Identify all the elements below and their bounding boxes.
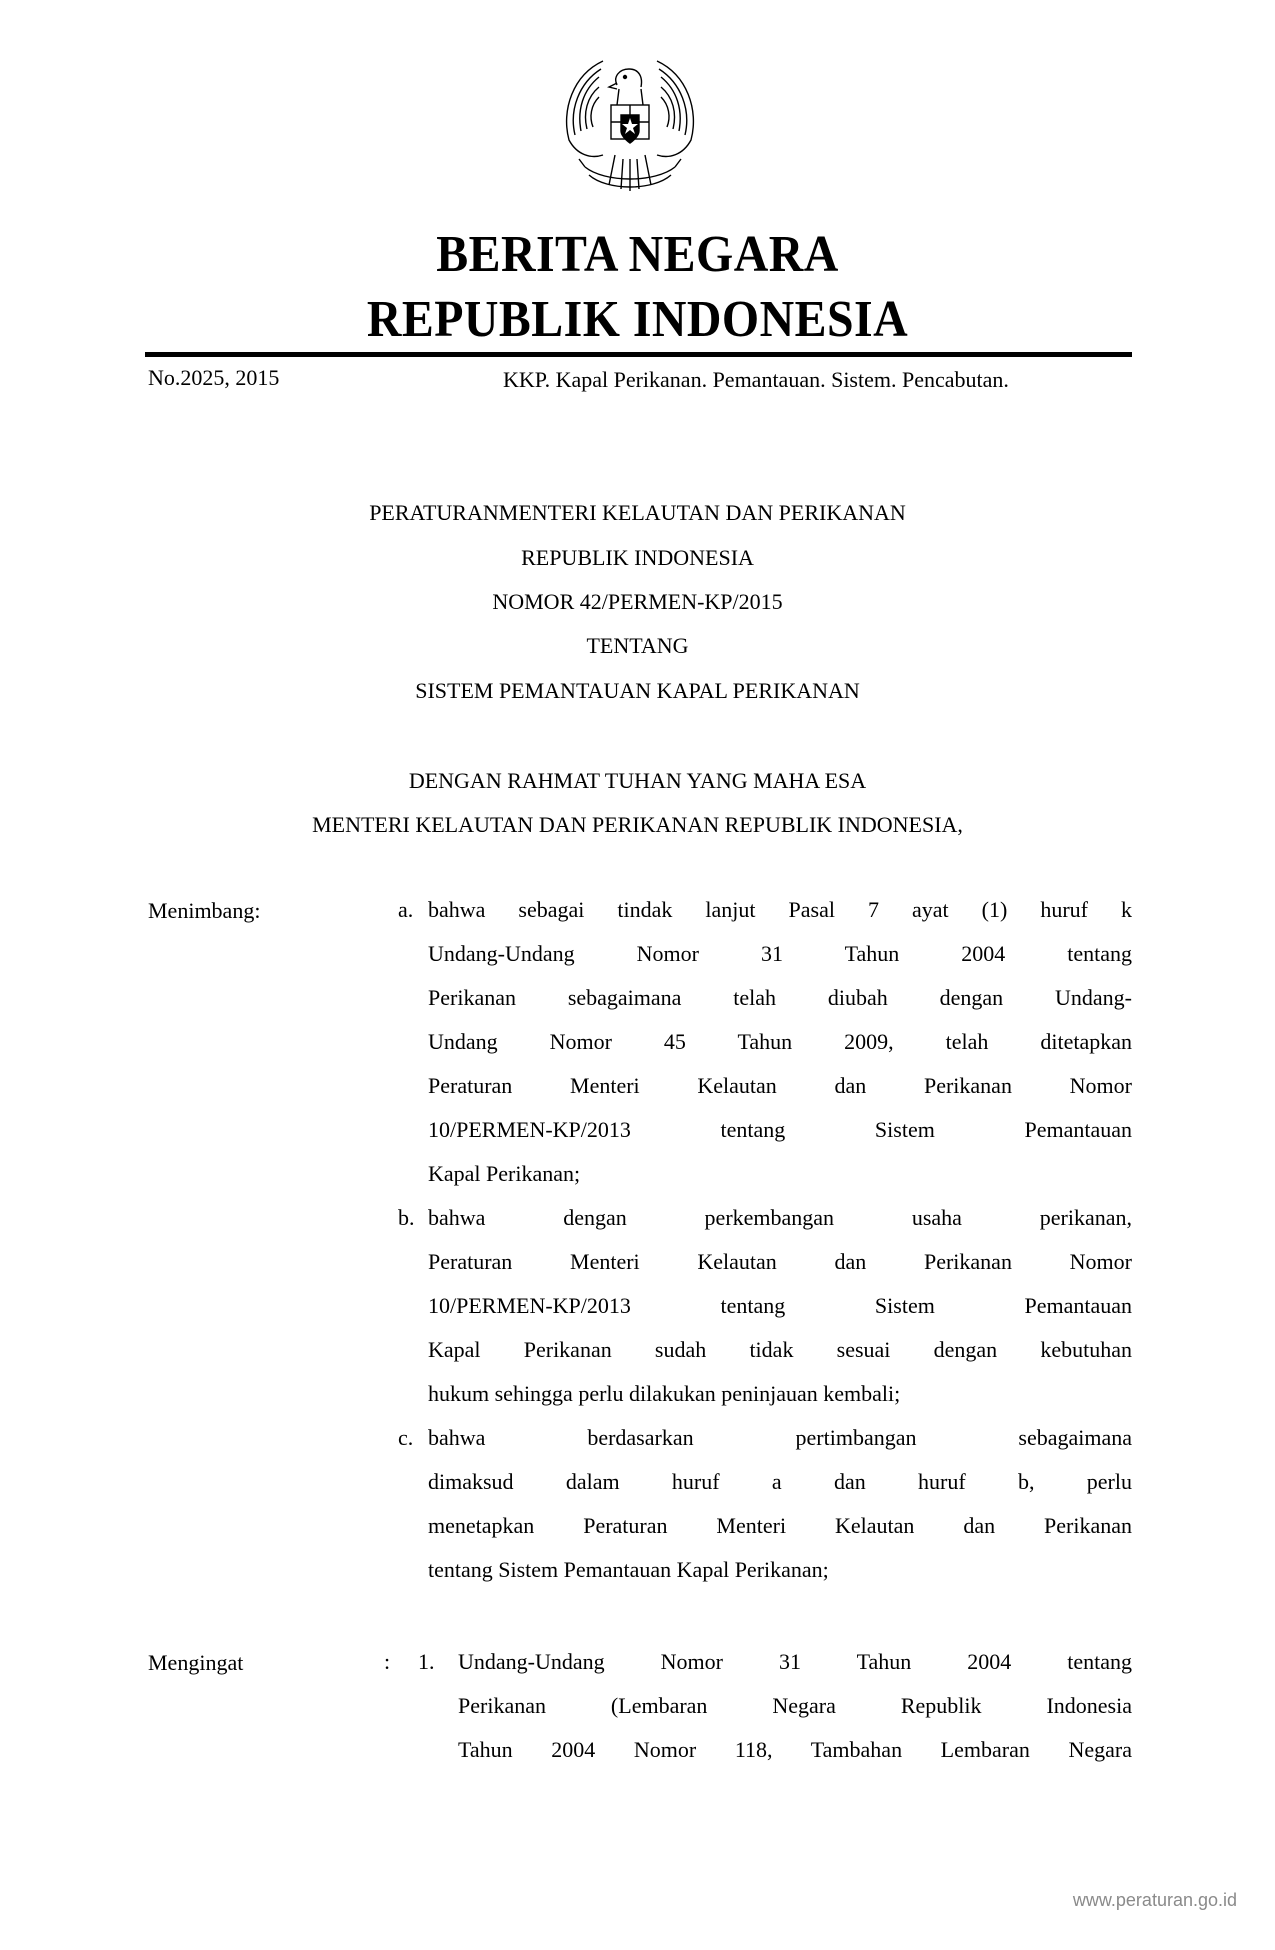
text-line: 10/PERMEN-KP/2013 tentang Sistem Pemanta… [428,1108,1132,1152]
masthead-divider [145,352,1132,357]
item-marker: c. [398,1416,413,1460]
text-line: hukum sehingga perlu dilakukan peninjaua… [428,1372,1132,1416]
mengingat-item-1: Undang-Undang Nomor 31 Tahun 2004 tentan… [458,1640,1132,1772]
garuda-emblem-icon [555,55,705,205]
gazette-number: No.2025, 2015 [148,365,279,391]
text-line: Kapal Perikanan; [428,1152,1132,1196]
menimbang-label: Menimbang: [148,898,260,924]
text-line: bahwa sebagai tindak lanjut Pasal 7 ayat… [428,888,1132,932]
preamble-line: MENTERI KELAUTAN DAN PERIKANAN REPUBLIK … [0,812,1275,838]
gazette-topic: KKP. Kapal Perikanan. Pemantauan. Sistem… [503,365,1131,395]
text-line: menetapkan Peraturan Menteri Kelautan da… [428,1504,1132,1548]
regulation-number: NOMOR 42/PERMEN-KP/2015 [0,589,1275,615]
regulation-title-line: REPUBLIK INDONESIA [0,545,1275,571]
item-marker: a. [398,888,413,932]
menimbang-item-c: bahwa berdasarkan pertimbangan sebagaima… [428,1416,1132,1592]
text-line: Peraturan Menteri Kelautan dan Perikanan… [428,1240,1132,1284]
preamble-line: DENGAN RAHMAT TUHAN YANG MAHA ESA [0,768,1275,794]
text-line: tentang Sistem Pemantauan Kapal Perikana… [428,1548,1132,1592]
text-line: Undang-Undang Nomor 31 Tahun 2004 tentan… [458,1640,1132,1684]
menimbang-item-a: bahwa sebagai tindak lanjut Pasal 7 ayat… [428,888,1132,1196]
item-marker: 1. [418,1640,435,1684]
text-line: Tahun 2004 Nomor 118, Tambahan Lembaran … [458,1728,1132,1772]
regulation-subject: SISTEM PEMANTAUAN KAPAL PERIKANAN [0,678,1275,704]
mengingat-colon: : [384,1640,390,1684]
text-line: Perikanan (Lembaran Negara Republik Indo… [458,1684,1132,1728]
text-line: Perikanan sebagaimana telah diubah denga… [428,976,1132,1020]
text-line: bahwa dengan perkembangan usaha perikana… [428,1196,1132,1240]
masthead-title-line1: BERITA NEGARA [51,225,1224,284]
text-line: 10/PERMEN-KP/2013 tentang Sistem Pemanta… [428,1284,1132,1328]
item-marker: b. [398,1196,415,1240]
text-line: Undang Nomor 45 Tahun 2009, telah diteta… [428,1020,1132,1064]
masthead-title-line2: REPUBLIK INDONESIA [51,290,1224,349]
text-line: dimaksud dalam huruf a dan huruf b, perl… [428,1460,1132,1504]
menimbang-item-b: bahwa dengan perkembangan usaha perikana… [428,1196,1132,1416]
text-line: Peraturan Menteri Kelautan dan Perikanan… [428,1064,1132,1108]
text-line: Kapal Perikanan sudah tidak sesuai denga… [428,1328,1132,1372]
mengingat-label: Mengingat [148,1650,243,1676]
footer-website-link[interactable]: www.peraturan.go.id [1073,1890,1237,1911]
regulation-title-line: TENTANG [0,633,1275,659]
text-line: Undang-Undang Nomor 31 Tahun 2004 tentan… [428,932,1132,976]
text-line: bahwa berdasarkan pertimbangan sebagaima… [428,1416,1132,1460]
regulation-title-line: PERATURANMENTERI KELAUTAN DAN PERIKANAN [0,500,1275,526]
